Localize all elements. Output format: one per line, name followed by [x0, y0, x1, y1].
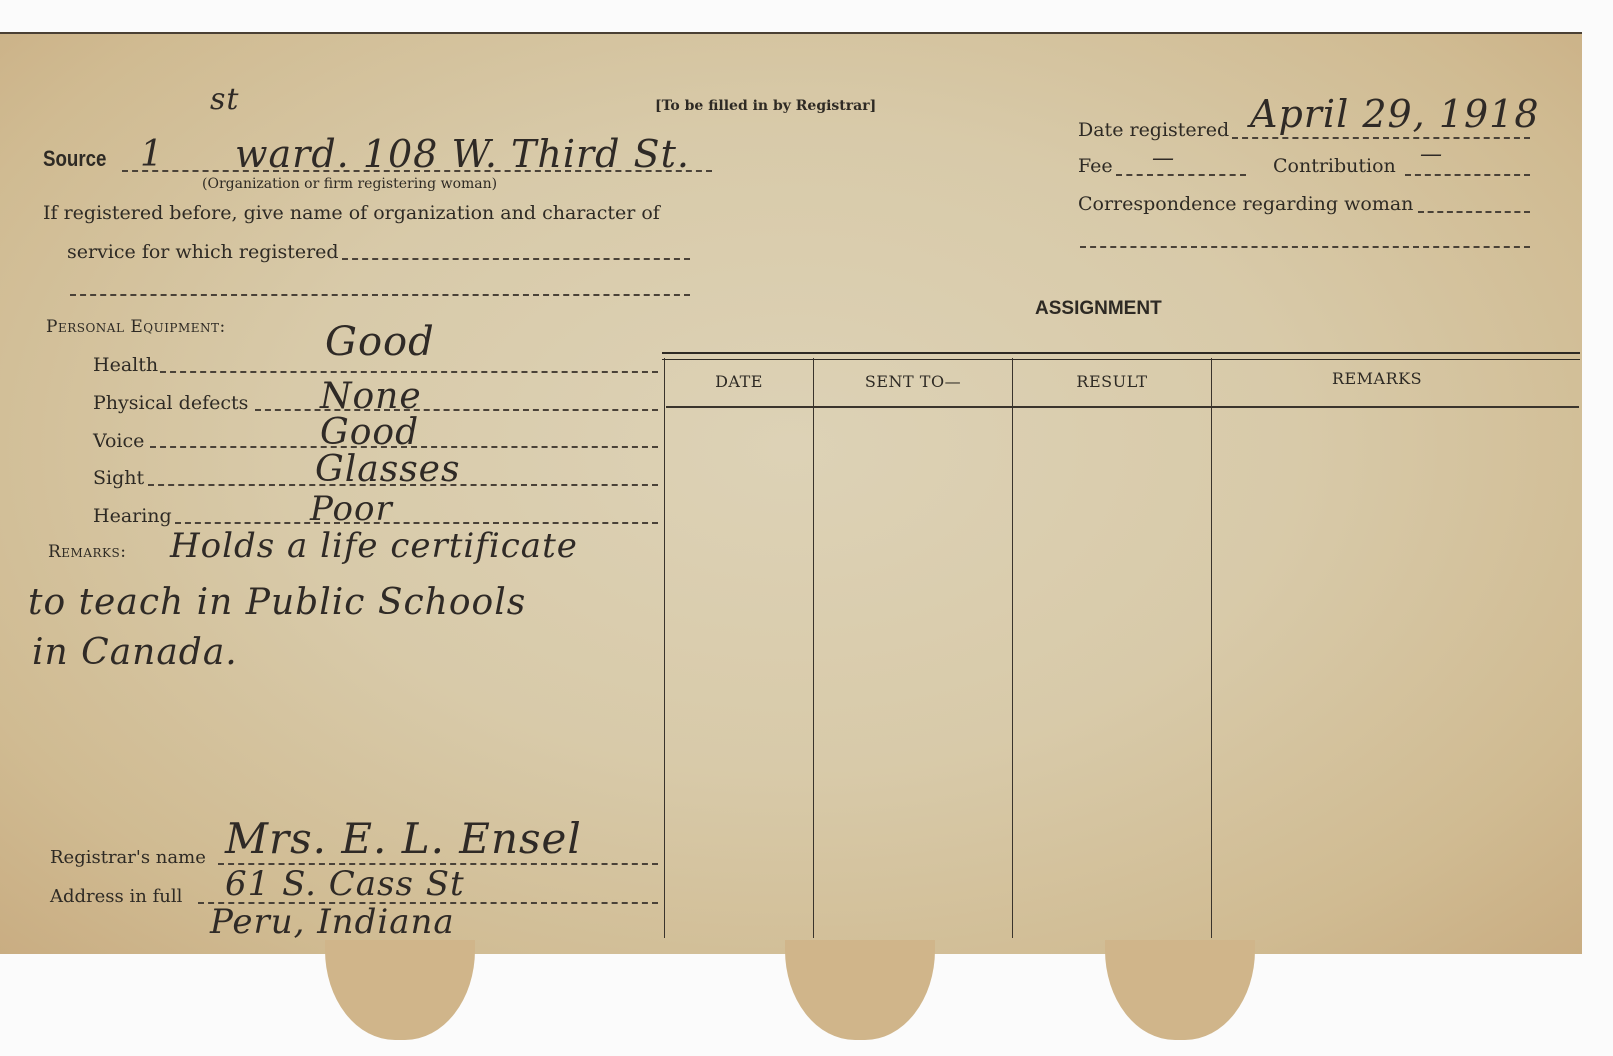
registered-before-line2: service for which registered — [67, 241, 339, 263]
fee-line — [1116, 174, 1246, 176]
table-col-divider-1 — [813, 358, 814, 938]
physical-defects-label: Physical defects — [93, 392, 248, 414]
result-column-body[interactable] — [1014, 408, 1210, 938]
date-registered-line — [1232, 137, 1530, 139]
correspondence-label: Correspondence regarding woman — [1078, 193, 1413, 215]
voice-value[interactable]: Good — [320, 412, 419, 453]
registered-before-field[interactable] — [342, 258, 690, 260]
hearing-label: Hearing — [93, 505, 172, 527]
health-line — [160, 371, 658, 373]
remarks-column-body[interactable] — [1213, 408, 1579, 938]
registered-before-line1: If registered before, give name of organ… — [43, 202, 660, 224]
col-header-remarks: REMARKS — [1212, 369, 1542, 388]
table-col-divider-2 — [1012, 358, 1013, 938]
address-label: Address in full — [50, 886, 182, 907]
address-line1-value[interactable]: 61 S. Cass St — [225, 864, 465, 904]
contribution-value[interactable]: — — [1420, 142, 1443, 167]
assignment-title: ASSIGNMENT — [1035, 298, 1162, 320]
source-value[interactable]: ward. 108 W. Third St. — [235, 132, 690, 176]
remarks-line3[interactable]: in Canada. — [32, 632, 238, 673]
col-header-result: RESULT — [1013, 372, 1211, 391]
sent-to-column-body[interactable] — [815, 408, 1011, 938]
registered-before-field-2[interactable] — [70, 294, 690, 296]
card-index-tab-2 — [785, 940, 935, 1040]
source-value-prefix[interactable]: 1 — [140, 134, 164, 175]
card-index-tab-3 — [1105, 940, 1255, 1040]
sight-value[interactable]: Glasses — [315, 449, 460, 490]
registrar-name-label: Registrar's name — [50, 847, 206, 868]
contribution-label: Contribution — [1273, 155, 1396, 177]
correspondence-line-2[interactable] — [1080, 246, 1530, 248]
hearing-value[interactable]: Poor — [310, 489, 393, 529]
hearing-line — [175, 522, 658, 524]
correspondence-line[interactable] — [1418, 211, 1530, 213]
date-registered-value[interactable]: April 29, 1918 — [1250, 92, 1540, 136]
date-column-body[interactable] — [666, 408, 812, 938]
remarks-label: Remarks: — [48, 542, 126, 562]
assignment-top-rule — [662, 352, 1580, 360]
table-col-divider-3 — [1211, 358, 1212, 938]
registrar-name-value[interactable]: Mrs. E. L. Ensel — [225, 814, 582, 863]
sight-label: Sight — [93, 467, 144, 489]
health-label: Health — [93, 354, 158, 376]
date-registered-label: Date registered — [1078, 119, 1229, 141]
col-header-sent-to: SENT TO— — [814, 372, 1012, 391]
address-line2-value[interactable]: Peru, Indiana — [210, 902, 455, 942]
source-value-superscript: st — [210, 82, 239, 117]
remarks-line2[interactable]: to teach in Public Schools — [28, 582, 526, 623]
fee-label: Fee — [1078, 155, 1113, 177]
registrar-note: [To be filled in by Registrar] — [655, 98, 876, 114]
col-header-date: DATE — [665, 372, 813, 391]
fee-value[interactable]: — — [1152, 146, 1175, 171]
card-index-tab-1 — [325, 940, 475, 1040]
source-caption: (Organization or firm registering woman) — [202, 176, 497, 192]
registration-card: [To be filled in by Registrar] Source 1 … — [0, 32, 1582, 954]
remarks-line1[interactable]: Holds a life certificate — [170, 526, 578, 566]
physical-defects-line — [255, 409, 658, 411]
contribution-line — [1405, 174, 1530, 176]
physical-defects-value[interactable]: None — [320, 376, 422, 417]
voice-label: Voice — [93, 430, 144, 452]
health-value[interactable]: Good — [325, 319, 435, 365]
source-label: Source — [43, 146, 106, 172]
personal-equipment-title: Personal Equipment: — [46, 317, 226, 337]
table-border-left — [664, 358, 665, 938]
